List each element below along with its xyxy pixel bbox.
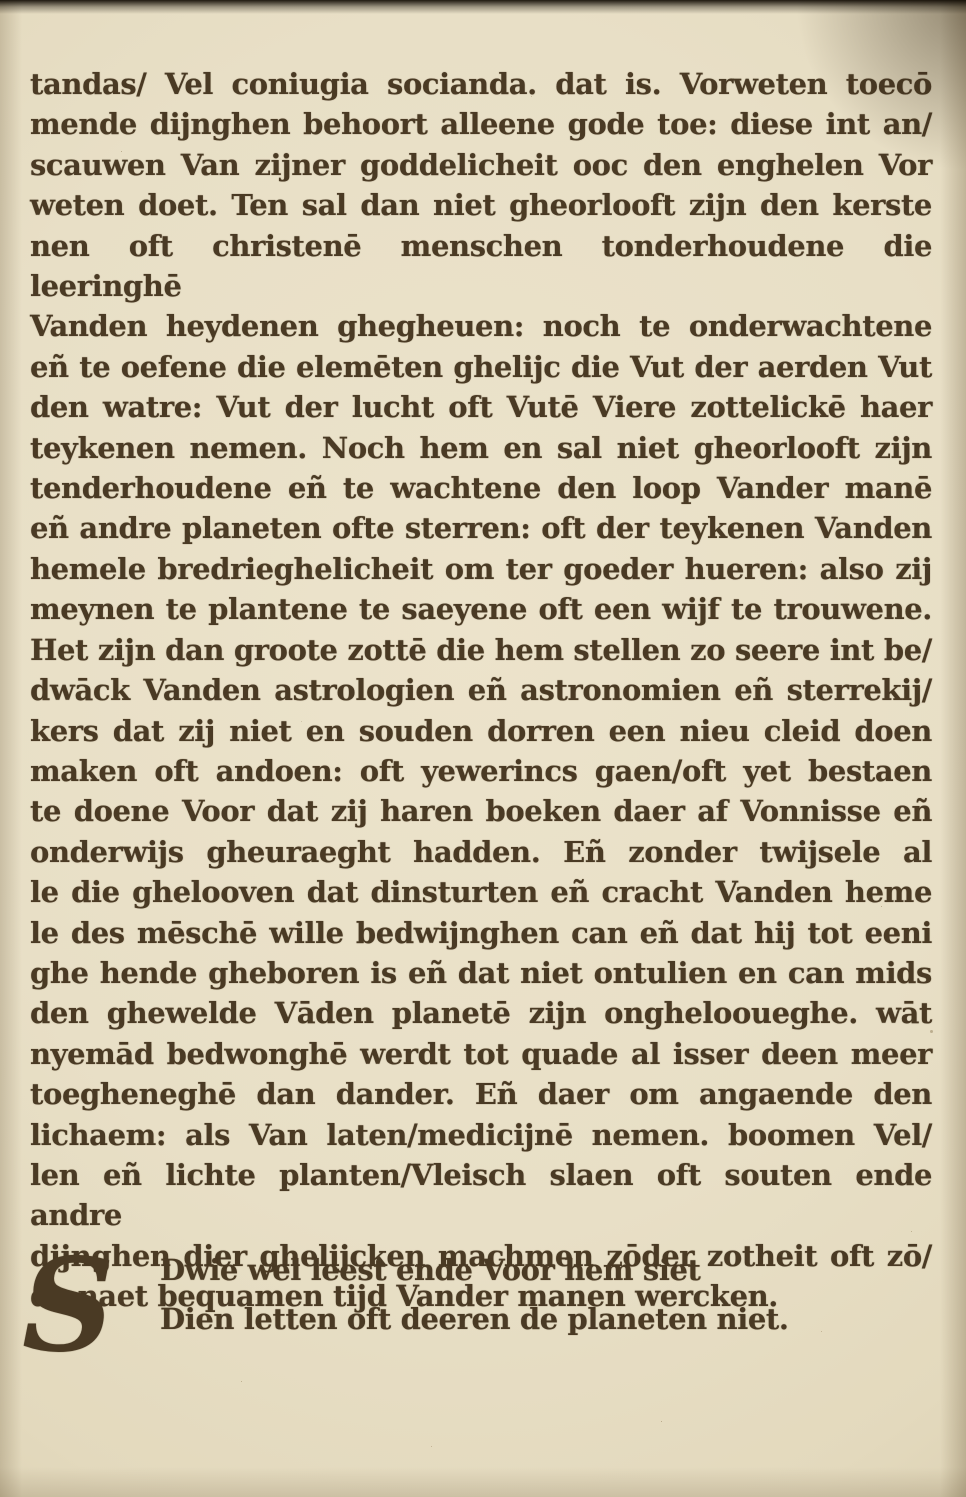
text-line: ghe hende gheboren is eñ dat niet ontuli… (30, 953, 932, 993)
text-line: Het zijn dan groote zottē die hem stelle… (30, 630, 932, 670)
text-line: weten doet. Ten sal dan niet gheorlooft … (30, 185, 932, 225)
text-line: eñ andre planeten ofte sterren: oft der … (30, 508, 932, 548)
text-line: mende dijnghen behoort alleene gode toe:… (30, 104, 932, 144)
text-line: dwāck Vanden astrologien eñ astronomien … (30, 670, 932, 710)
text-line: kers dat zij niet en souden dorren een n… (30, 711, 932, 751)
text-line: eñ te oefene die elemēten ghelijc die Vu… (30, 347, 932, 387)
book-page-photo: tandas/ Vel coniugia socianda. dat is. V… (0, 0, 966, 1497)
text-line: len eñ lichte planten/Vleisch slaen oft … (30, 1155, 932, 1236)
decorative-initial-s: S (22, 1242, 160, 1370)
text-line: toegheneghē dan dander. Eñ daer om angae… (30, 1074, 932, 1114)
text-line: le des mēschē wille bedwijnghen can eñ d… (30, 913, 932, 953)
text-line: scauwen Van zijner goddelicheit ooc den … (30, 145, 932, 185)
text-line: teykenen nemen. Noch hem en sal niet ghe… (30, 428, 932, 468)
paper-fleck-texture (0, 0, 3, 3)
text-line: den watre: Vut der lucht oft Vutē Viere … (30, 387, 932, 427)
text-line: maken oft andoen: oft yewerincs gaen/oft… (30, 751, 932, 791)
text-line: nyemād bedwonghē werdt tot quade al isse… (30, 1034, 932, 1074)
text-line: te doene Voor dat zij haren boeken daer … (30, 791, 932, 831)
verse-line-1: Dwie wel leest ende Voor hem siet (160, 1246, 789, 1295)
text-line: tandas/ Vel coniugia socianda. dat is. V… (30, 64, 932, 104)
text-line: onderwijs gheuraeght hadden. Eñ zonder t… (30, 832, 932, 872)
text-line: tenderhoudene eñ te wachtene den loop Va… (30, 468, 932, 508)
body-text: tandas/ Vel coniugia socianda. dat is. V… (30, 64, 932, 1317)
text-line: hemele bredrieghelicheit om ter goeder h… (30, 549, 932, 589)
text-line: Vanden heydenen ghegheuen: noch te onder… (30, 306, 932, 346)
text-line: nen oft christenē menschen tonderhoudene… (30, 226, 932, 307)
verse-line-2: Dien letten oft deeren de planeten niet. (160, 1295, 789, 1344)
verse-lines: Dwie wel leest ende Voor hem siet Dien l… (160, 1238, 789, 1344)
text-line: den ghewelde Vāden planetē zijn ongheloo… (30, 993, 932, 1033)
verse-couplet: S Dwie wel leest ende Voor hem siet Dien… (22, 1238, 932, 1366)
text-line: le die ghelooven dat dinsturten eñ crach… (30, 872, 932, 912)
text-line: lichaem: als Van laten/medicijnē nemen. … (30, 1115, 932, 1155)
text-line: meynen te plantene te saeyene oft een wi… (30, 589, 932, 629)
